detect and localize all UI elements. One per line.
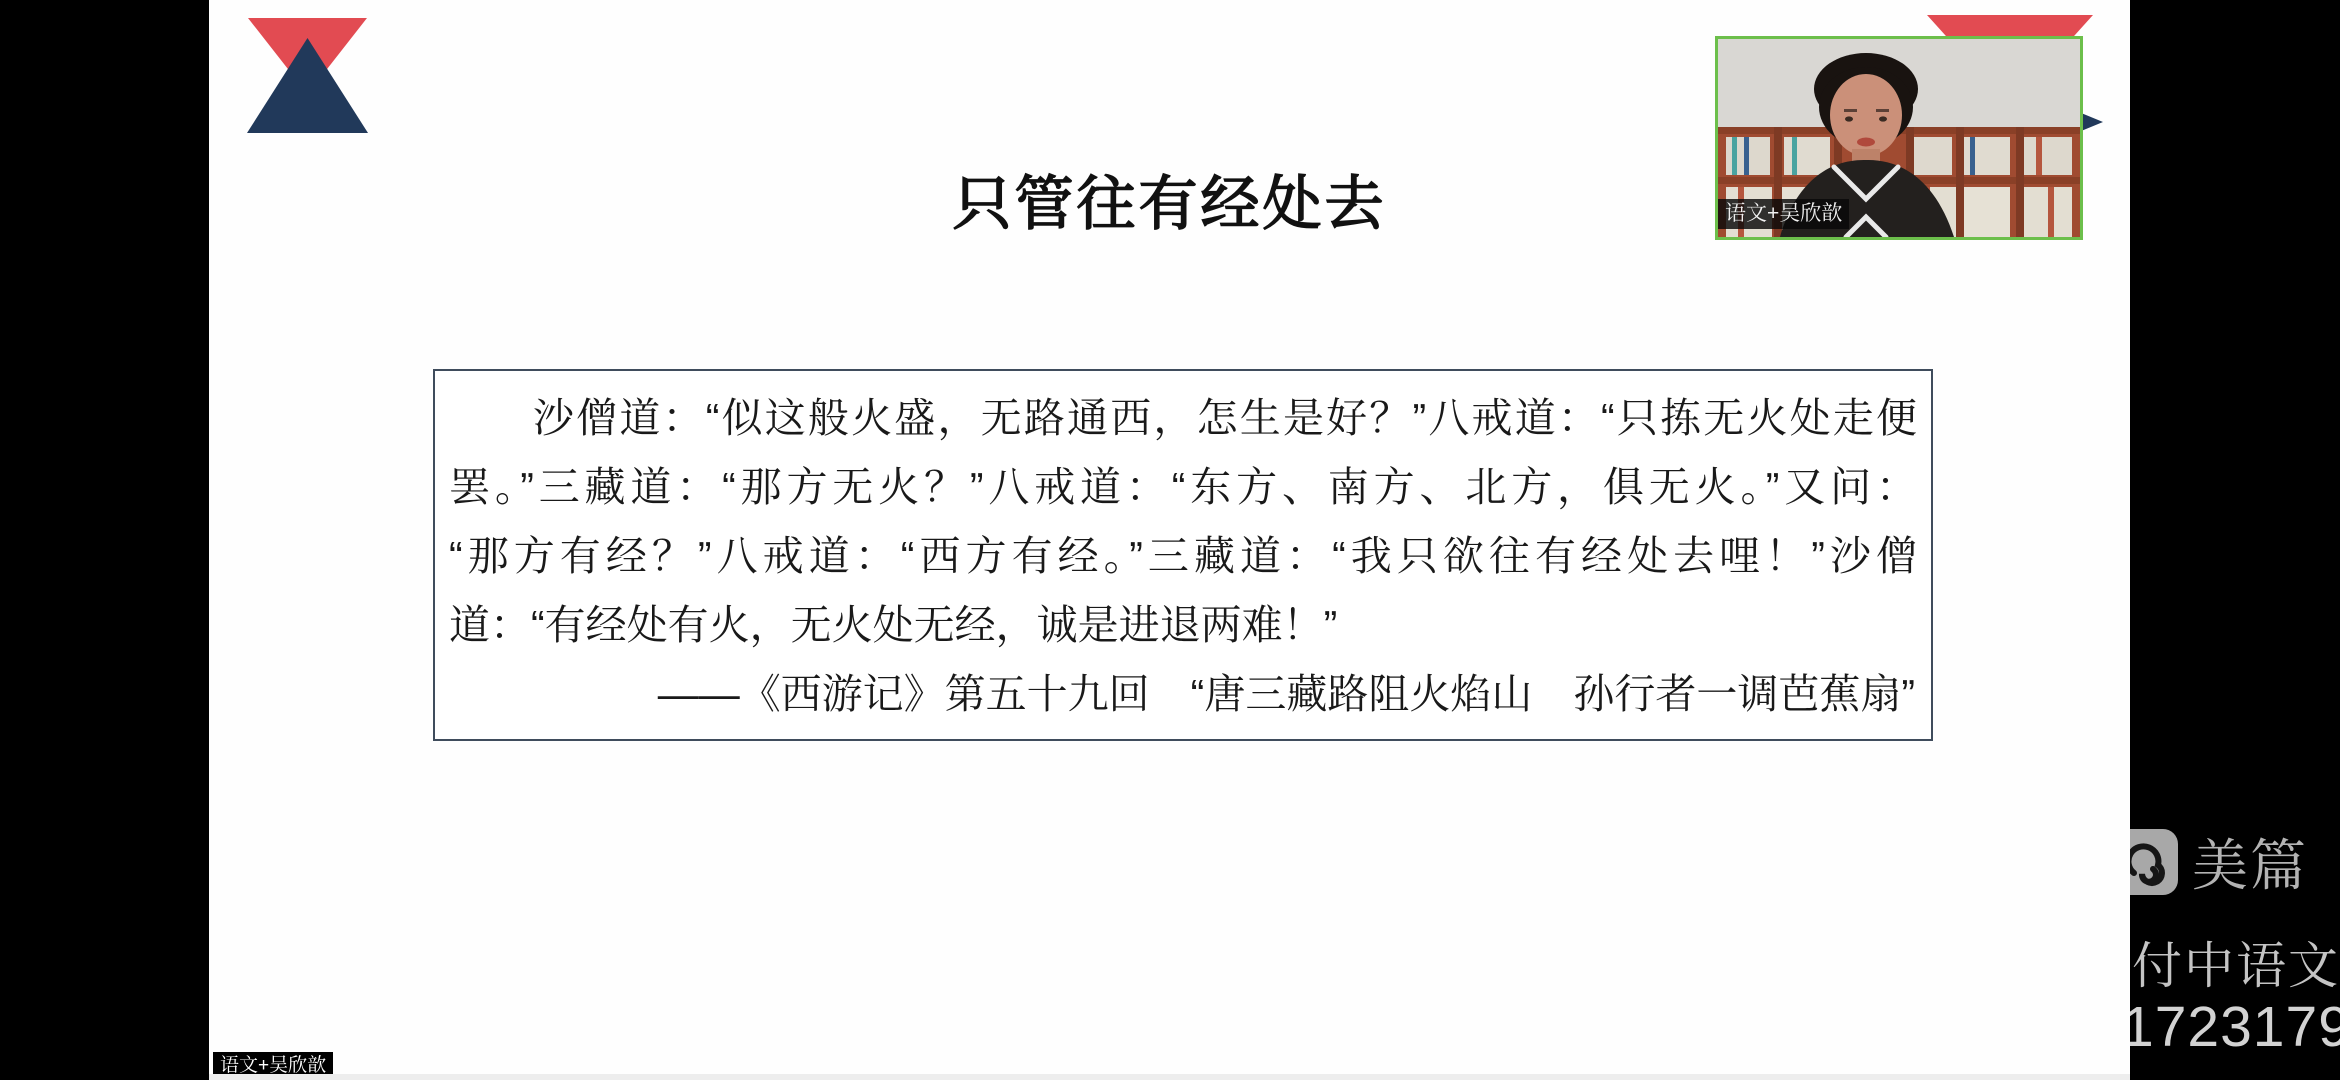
logo-navy-triangle-icon — [247, 38, 368, 133]
quote-line: 罢。”三藏道：“那方无火？”八戒道：“东方、南方、北方，俱无火。”又问： — [449, 453, 1917, 522]
slide-bottom-strip — [209, 1074, 2130, 1080]
watermark-brand-row: 美篇 — [2130, 822, 2308, 902]
watermark-account-text: 付中语文 — [2132, 926, 2340, 998]
teacher-video-thumbnail[interactable]: 语文+吴欣歆 — [1715, 36, 2083, 240]
video-frame: 只管往有经处去 沙僧道：“似这般火盛，无路通西，怎生是好？”八戒道：“只拣无火处… — [0, 0, 2340, 1080]
letterbox-left — [0, 0, 209, 1080]
meipian-swirl-icon — [2130, 829, 2178, 895]
watermark-brand-text: 美篇 — [2192, 822, 2308, 902]
meipian-watermark: 美篇 付中语文 1723179 — [2130, 0, 2340, 1080]
video-name-badge: 语文+吴欣歆 — [1718, 199, 1849, 229]
quote-attribution: ——《西游记》第五十九回 “唐三藏路阻火焰山 孙行者一调芭蕉扇” — [449, 660, 1917, 729]
letterbox-right: 美篇 付中语文 1723179 — [2130, 0, 2340, 1080]
watermark-id-text: 1723179 — [2130, 994, 2340, 1060]
presentation-slide: 只管往有经处去 沙僧道：“似这般火盛，无路通西，怎生是好？”八戒道：“只拣无火处… — [209, 0, 2130, 1080]
quote-box: 沙僧道：“似这般火盛，无路通西，怎生是好？”八戒道：“只拣无火处走便 罢。”三藏… — [433, 369, 1933, 741]
quote-line: “那方有经？”八戒道：“西方有经。”三藏道：“我只欲往有经处去哩！”沙僧 — [449, 522, 1917, 591]
quote-line: 道：“有经处有火，无火处无经，诚是进退两难！” — [449, 591, 1917, 660]
school-logo — [247, 17, 369, 133]
quote-line: 沙僧道：“似这般火盛，无路通西，怎生是好？”八戒道：“只拣无火处走便 — [449, 384, 1917, 453]
